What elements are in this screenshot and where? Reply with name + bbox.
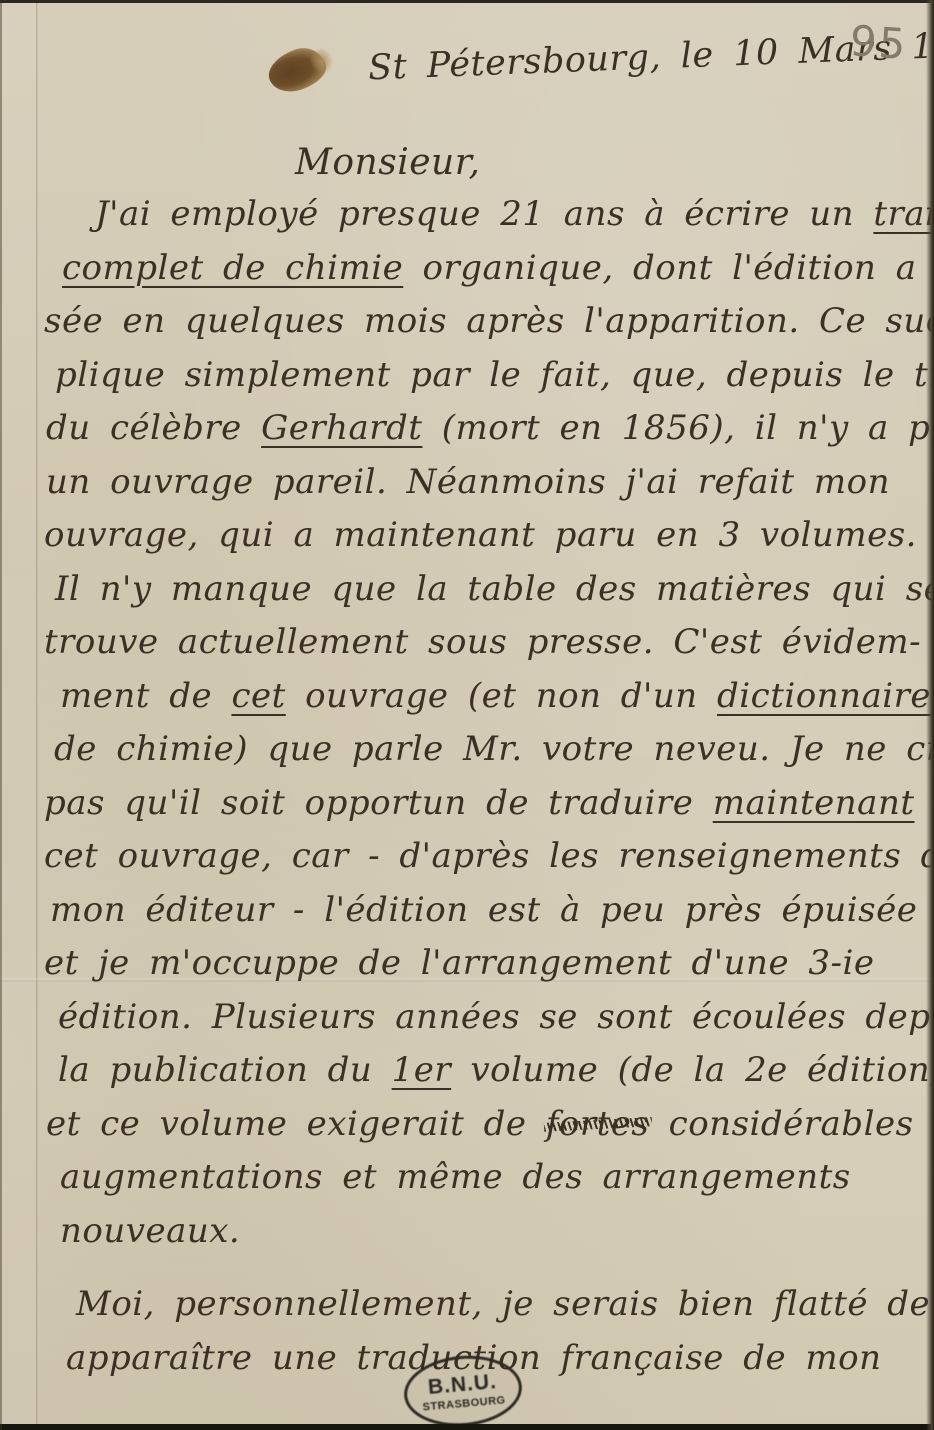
letter-line: de chimie) que parle Mr. votre neveu. Je… (54, 729, 934, 769)
text-segment: de chimie) que parle Mr. votre neveu. Je… (54, 729, 934, 769)
letter-line: trouve actuellement sous presse. C'est é… (44, 622, 921, 662)
letter-line: plique simplement par le fait, que, depu… (55, 355, 934, 395)
underlined-text: dictionnaire (717, 676, 931, 716)
letter-line: la publication du 1er volume (de la 2e é… (58, 1050, 934, 1090)
letter-line: cet ouvrage, car - d'après les renseigne… (44, 836, 934, 876)
letter-line: J'ai employé presque 21 ans à écrire un … (95, 194, 934, 234)
letter-line: complet de chimie organique, dont l'édit… (62, 248, 934, 288)
scan-edge-left (0, 0, 2, 1430)
text-segment: ment de (60, 676, 231, 716)
text-segment: un ouvrage pareil. Néanmoins j'ai refait… (46, 462, 890, 502)
struck-text: fortes (546, 1104, 650, 1144)
letter-line: augmentations et même des arrangements (60, 1157, 851, 1197)
letter-line: pas qu'il soit opportun de traduire main… (44, 783, 915, 823)
text-segment: cet ouvrage, car - d'après les renseigne… (44, 836, 934, 876)
text-segment: augmentations et même des arrangements (60, 1157, 851, 1197)
text-segment: plique simplement par le fait, que, depu… (55, 355, 934, 395)
letter-line: mon éditeur - l'édition est à peu près é… (50, 890, 917, 930)
letter-page: St Pétersbourg, le 10 Mars 1890. 95 Mons… (0, 0, 934, 1430)
underlined-text: 1er (392, 1050, 452, 1090)
scan-edge-right (926, 0, 934, 1430)
letter-line: ment de cet ouvrage (et non d'un diction… (60, 676, 931, 716)
letter-line: sée en quelques mois après l'apparition.… (44, 301, 934, 341)
letter-line: du célèbre Gerhardt (mort en 1856), il n… (46, 408, 934, 448)
text-segment: et ce volume exigerait de (46, 1104, 546, 1144)
text-segment: pas qu'il soit opportun de traduire (44, 783, 713, 823)
letter-line: ouvrage, qui a maintenant paru en 3 volu… (44, 515, 917, 555)
text-segment: édition. Plusieurs années se sont écoulé… (58, 997, 934, 1037)
letter-line: et je m'occuppe de l'arrangement d'une 3… (44, 943, 874, 983)
letter-line: édition. Plusieurs années se sont écoulé… (58, 997, 934, 1037)
letter-line: Il n'y manque que la table des matières … (55, 569, 934, 609)
text-segment: et je m'occuppe de l'arrangement d'une 3… (44, 943, 874, 983)
letter-line: et ce volume exigerait de fortes considé… (46, 1104, 914, 1144)
text-segment: la publication du (58, 1050, 392, 1090)
text-segment: ouvrage (et non d'un (286, 676, 717, 716)
page-fold-line (36, 0, 39, 1430)
underlined-text: maintenant (713, 783, 915, 823)
text-segment: Moi, personnellement, je serais bien fla… (76, 1284, 934, 1324)
ink-stain (263, 42, 331, 98)
scan-edge-bottom (0, 1424, 934, 1430)
underlined-text: Gerhardt (261, 408, 422, 448)
underlined-text: complet de chimie (62, 248, 403, 288)
letter-line: un ouvrage pareil. Néanmoins j'ai refait… (46, 462, 890, 502)
scan-edge-top (0, 0, 934, 3)
text-segment: volume (de la 2e édition) (451, 1050, 934, 1090)
letter-line: nouveaux. (60, 1211, 240, 1251)
folio-number: 95 (848, 16, 909, 69)
text-segment: (mort en 1856), il n'y a pas eu (422, 408, 934, 448)
text-segment: du célèbre (46, 408, 261, 448)
underlined-text: traité (873, 194, 934, 234)
underlined-text: cet (231, 676, 285, 716)
text-segment: nouveaux. (60, 1211, 240, 1251)
text-segment: Il n'y manque que la table des matières … (55, 569, 934, 609)
text-segment: sée en quelques mois après l'apparition.… (44, 301, 934, 341)
text-segment: J'ai employé presque 21 ans à écrire un (95, 194, 873, 234)
text-segment: trouve actuellement sous presse. C'est é… (44, 622, 921, 662)
salutation: Monsieur, (295, 142, 480, 183)
text-segment: mon éditeur - l'édition est à peu près é… (50, 890, 917, 930)
page-left-margin (0, 0, 36, 1430)
text-segment: organique, dont l'édition a été épui- (403, 248, 934, 288)
text-segment: considérables (649, 1104, 913, 1144)
text-segment: ouvrage, qui a maintenant paru en 3 volu… (44, 515, 917, 555)
letter-line: Moi, personnellement, je serais bien fla… (76, 1284, 934, 1324)
